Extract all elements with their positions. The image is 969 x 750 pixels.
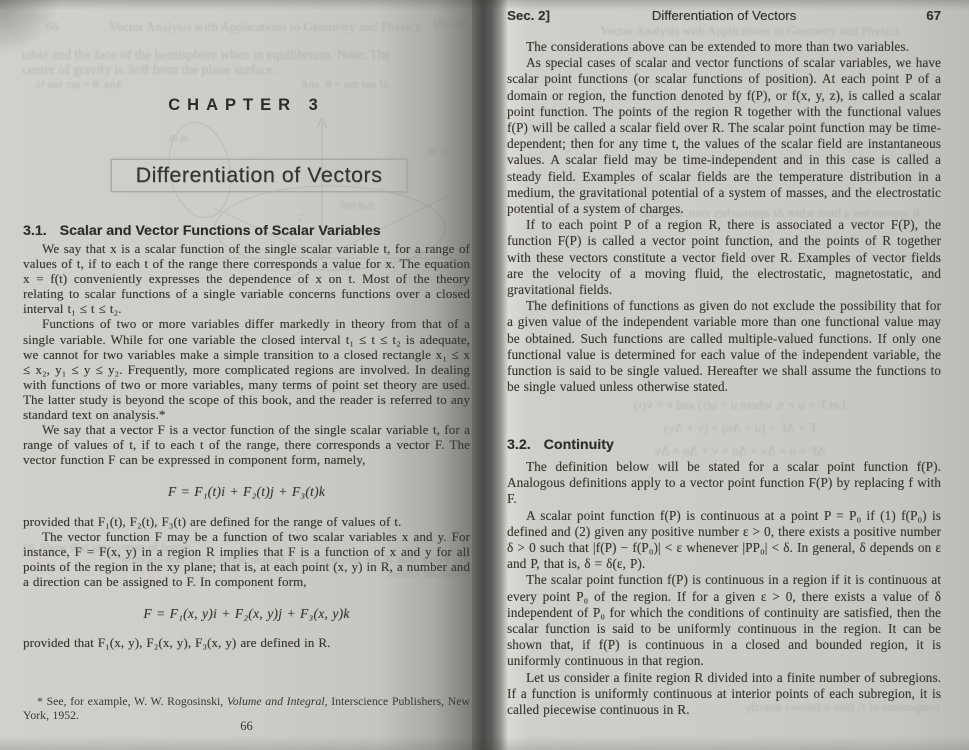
right-page-body-top: The considerations above can be extended…	[507, 39, 941, 395]
paragraph: The scalar point function f(P) is contin…	[507, 572, 941, 669]
paragraph: The definitions of functions as given do…	[507, 298, 941, 395]
page-number-left: 66	[23, 719, 470, 734]
equation: F = F₁(x, y)i + F₂(x, y)j + F₃(x, y)k	[23, 606, 470, 621]
section-heading-3-1: 3.1.Scalar and Vector Functions of Scala…	[23, 223, 470, 239]
paragraph: Functions of two or more variables diffe…	[23, 316, 470, 422]
section-marker: Sec. 2]	[507, 8, 577, 23]
section-title: Continuity	[544, 437, 614, 453]
section-number: 3.2.	[507, 437, 531, 453]
paragraph: Let us consider a finite region R divide…	[507, 670, 941, 719]
paragraph: We say that a vector F is a vector funct…	[23, 422, 470, 467]
footnote-book-title: Volume and Integral	[227, 694, 325, 708]
chapter-title: Differentiation of Vectors	[136, 163, 383, 188]
section-heading-3-2: 3.2.Continuity	[507, 437, 941, 453]
chapter-title-box: Differentiation of Vectors	[111, 159, 407, 192]
running-title: Differentiation of Vectors	[577, 8, 871, 23]
book-gutter-shadow	[472, 0, 508, 750]
paragraph: provided that F₁(x, y), F₂(x, y), F₃(x, …	[23, 635, 470, 650]
paragraph: The vector function F may be a function …	[23, 529, 470, 589]
paragraph: As special cases of scalar and vector fu…	[507, 55, 941, 217]
chapter-heading: CHAPTER 3	[23, 96, 470, 115]
left-page-body: We say that x is a scalar function of th…	[23, 241, 470, 650]
section-number: 3.1.	[23, 223, 47, 239]
book-scan-spread: 66Vector Analysis with Applications to G…	[0, 0, 969, 750]
paragraph: The definition below will be stated for …	[507, 459, 941, 508]
paragraph: A scalar point function f(P) is continuo…	[507, 508, 941, 573]
equation: F = F₁(t)i + F₂(t)j + F₃(t)k	[23, 484, 470, 499]
footnote-pre: * See, for example, W. W. Rogosinski,	[37, 694, 227, 708]
running-header: Sec. 2] Differentiation of Vectors 67	[507, 8, 941, 23]
section-title: Scalar and Vector Functions of Scalar Va…	[60, 223, 381, 239]
right-page-body-bottom: The definition below will be stated for …	[507, 459, 941, 718]
paragraph: The considerations above can be extended…	[507, 39, 941, 55]
paragraph: We say that x is a scalar function of th…	[23, 241, 470, 316]
page-number-right: 67	[871, 8, 941, 23]
paragraph: If to each point P of a region R, there …	[507, 217, 941, 298]
paragraph: provided that F₁(t), F₂(t), F₃(t) are de…	[23, 514, 470, 529]
